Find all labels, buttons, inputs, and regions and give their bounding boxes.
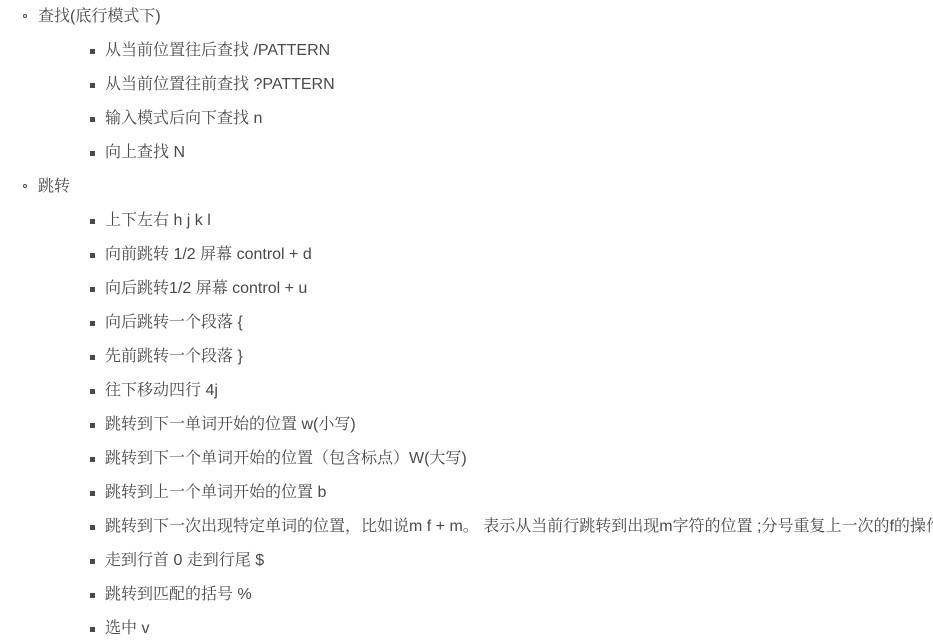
circle-bullet-icon (23, 184, 27, 188)
list-item: 输入模式后向下查找 n (105, 102, 933, 136)
list-item-text: 输入模式后向下查找 n (105, 102, 262, 136)
square-bullet-icon (90, 491, 95, 496)
square-bullet-icon (90, 457, 95, 462)
square-bullet-icon (90, 593, 95, 598)
list-item: 往下移动四行 4j (105, 374, 933, 408)
square-bullet-icon (90, 151, 95, 156)
list-item: 从当前位置往前查找 ?PATTERN (105, 68, 933, 102)
list-item: 跳转到下一次出现特定单词的位置，比如说m f + m。 表示从当前行跳转到出现m… (105, 510, 933, 544)
list-item: 向前跳转 1/2 屏幕 control + d (105, 238, 933, 272)
find-items-list: 从当前位置往后查找 /PATTERN 从当前位置往前查找 ?PATTERN 输入… (38, 34, 933, 170)
list-item: 走到行首 0 走到行尾 $ (105, 544, 933, 578)
list-item-text: 往下移动四行 4j (105, 374, 218, 408)
topic-list: 查找(底行模式下) 从当前位置往后查找 /PATTERN 从当前位置往前查找 ?… (0, 0, 933, 641)
square-bullet-icon (90, 49, 95, 54)
list-item: 向后跳转一个段落 { (105, 306, 933, 340)
square-bullet-icon (90, 389, 95, 394)
section-find: 查找(底行模式下) 从当前位置往后查找 /PATTERN 从当前位置往前查找 ?… (38, 0, 933, 170)
vim-notes-document: 查找(底行模式下) 从当前位置往后查找 /PATTERN 从当前位置往前查找 ?… (0, 0, 933, 641)
square-bullet-icon (90, 423, 95, 428)
square-bullet-icon (90, 253, 95, 258)
list-item-text: 跳转到下一单词开始的位置 w(小写) (105, 408, 356, 442)
square-bullet-icon (90, 559, 95, 564)
list-item: 上下左右 h j k l (105, 204, 933, 238)
list-item-text: 跳转到上一个单词开始的位置 b (105, 476, 326, 510)
list-item: 跳转到上一个单词开始的位置 b (105, 476, 933, 510)
section-title: 查找(底行模式下) (38, 0, 161, 34)
list-item: 跳转到匹配的括号 % (105, 578, 933, 612)
square-bullet-icon (90, 627, 95, 632)
square-bullet-icon (90, 83, 95, 88)
list-item-text: 向上查找 N (105, 136, 185, 170)
list-item-text: 跳转到匹配的括号 % (105, 578, 252, 612)
list-item-text: 从当前位置往后查找 /PATTERN (105, 34, 330, 68)
list-item-text: 从当前位置往前查找 ?PATTERN (105, 68, 335, 102)
list-item: 从当前位置往后查找 /PATTERN (105, 34, 933, 68)
list-item: 向后跳转1/2 屏幕 control + u (105, 272, 933, 306)
list-item-text: 向后跳转一个段落 { (105, 306, 243, 340)
list-item-text: 选中 v (105, 612, 149, 641)
list-item: 跳转到下一个单词开始的位置（包含标点）W(大写) (105, 442, 933, 476)
section-title: 跳转 (38, 170, 70, 204)
square-bullet-icon (90, 117, 95, 122)
section-jump: 跳转 上下左右 h j k l 向前跳转 1/2 屏幕 control + d … (38, 170, 933, 641)
list-item-text: 跳转到下一次出现特定单词的位置，比如说m f + m。 表示从当前行跳转到出现m… (105, 510, 933, 544)
list-item: 向上查找 N (105, 136, 933, 170)
list-item-text: 向前跳转 1/2 屏幕 control + d (105, 238, 312, 272)
list-item: 先前跳转一个段落 } (105, 340, 933, 374)
list-item-text: 先前跳转一个段落 } (105, 340, 243, 374)
list-item-text: 跳转到下一个单词开始的位置（包含标点）W(大写) (105, 442, 467, 476)
square-bullet-icon (90, 355, 95, 360)
list-item: 选中 v (105, 612, 933, 641)
list-item-text: 向后跳转1/2 屏幕 control + u (105, 272, 307, 306)
square-bullet-icon (90, 287, 95, 292)
list-item: 跳转到下一单词开始的位置 w(小写) (105, 408, 933, 442)
square-bullet-icon (90, 219, 95, 224)
square-bullet-icon (90, 321, 95, 326)
square-bullet-icon (90, 525, 95, 530)
circle-bullet-icon (23, 14, 27, 18)
list-item-text: 走到行首 0 走到行尾 $ (105, 544, 264, 578)
list-item-text: 上下左右 h j k l (105, 204, 211, 238)
jump-items-list: 上下左右 h j k l 向前跳转 1/2 屏幕 control + d 向后跳… (38, 204, 933, 641)
